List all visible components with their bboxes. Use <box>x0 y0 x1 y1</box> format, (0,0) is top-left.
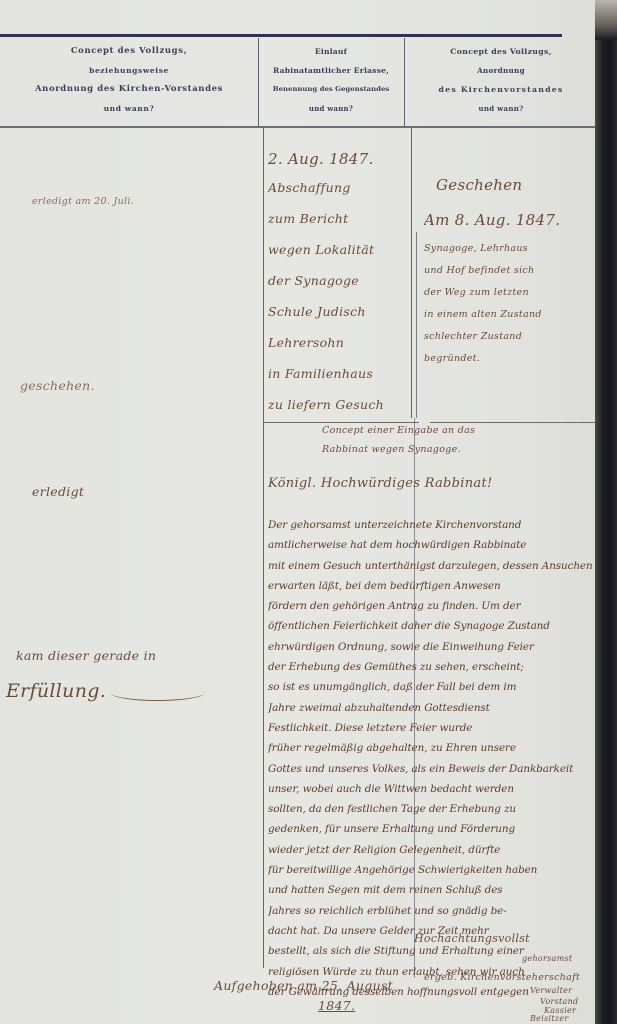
entry1-line: zu liefern Gesuch <box>268 389 412 420</box>
letter-line: unser, wobei auch die Wittwen bedacht we… <box>268 779 608 799</box>
entry1-line: Schule Judisch <box>268 296 412 327</box>
entry1-line: wegen Lokalität <box>268 234 412 265</box>
letter-line: Festlichkeit. Diese letztere Feier wurde <box>268 718 608 738</box>
ledger-page: Concept des Vollzugs, beziehungsweise An… <box>0 0 600 1024</box>
entry1-response-heading: Geschehen <box>424 168 600 202</box>
signature-line: Beisitzer <box>530 1014 569 1023</box>
letter-line: ehrwürdigen Ordnung, sowie die Einweihun… <box>268 637 608 657</box>
entry1-response-date: Am 8. Aug. 1847. <box>424 202 600 238</box>
column-divider-mid-offset <box>416 232 417 418</box>
letter-line: für bereitwillige Angehörige Schwierigke… <box>268 860 608 880</box>
left-note-5: Erfüllung. <box>6 680 106 702</box>
entry-divider-left <box>263 422 419 423</box>
entry1-date: 2. Aug. 1847. <box>268 146 412 172</box>
letter-line: und hatten Segen mit dem reinen Schluß d… <box>268 880 608 900</box>
letter-line: gedenken, für unsere Erhaltung und Förde… <box>268 819 608 839</box>
entry1-response-line: begründet. <box>424 348 600 370</box>
letter-line: Jahres so reichlich erblühet und so gnäd… <box>268 901 608 921</box>
header-col3-line: des Kirchenvorstandes <box>404 80 598 99</box>
header-col2-line: und wann? <box>258 99 404 118</box>
entry-divider-right <box>430 422 600 423</box>
letter-line: der Erhebung des Gemüthes zu sehen, ersc… <box>268 657 608 677</box>
entry1-line: in Familienhaus <box>268 358 412 389</box>
letter-line: öffentlichen Feierlichkeit daher die Syn… <box>268 616 608 636</box>
header-col2: Einlauf Rabinatamtlicher Erlasse, Benenn… <box>258 42 404 118</box>
left-note-1: erledigt am 20. Juli. <box>32 196 134 207</box>
entry2-intro-line1: Concept einer Eingabe an das <box>322 425 475 436</box>
letter-line: früher regelmäßig abgehalten, zu Ehren u… <box>268 738 608 758</box>
header-col3-line: Anordnung <box>404 61 598 80</box>
entry1-response-line: der Weg zum letzten <box>424 282 600 304</box>
letter-line: fördern den gehörigen Antrag zu finden. … <box>268 596 608 616</box>
letter-line: Gottes und unseres Volkes, als ein Bewei… <box>268 759 608 779</box>
entry1-response-line: Synagoge, Lehrhaus <box>424 238 600 260</box>
entry1-line: Lehrersohn <box>268 327 412 358</box>
signature-line: ergeb. Kirchenvorsteherschaft <box>424 972 580 983</box>
entry1-line: Abschaffung <box>268 172 412 203</box>
letter-line: Jahre zweimal abzuhaltenden Gottesdienst <box>268 698 608 718</box>
entry1-response-line: in einem alten Zustand <box>424 304 600 326</box>
entry2-intro-line2: Rabbinat wegen Synagoge. <box>322 444 461 455</box>
header-col1: Concept des Vollzugs, beziehungsweise An… <box>0 42 258 118</box>
left-note-2: geschehen. <box>20 378 95 393</box>
entry1-response: Geschehen Am 8. Aug. 1847. Synagoge, Leh… <box>424 168 600 370</box>
book-binding-edge <box>595 0 617 1024</box>
entry1-response-line: schlechter Zustand <box>424 326 600 348</box>
book-binding-top <box>595 0 617 40</box>
signature-line: Verwalter <box>530 986 572 995</box>
letter-line: Der gehorsamst unterzeichnete Kirchenvor… <box>268 515 608 535</box>
left-note-4: kam dieser gerade in <box>16 648 156 663</box>
entry2-salutation: Königl. Hochwürdiges Rabbinat! <box>268 476 493 491</box>
header-col1-line: Concept des Vollzugs, <box>0 42 258 61</box>
letter-line: amtlicherweise hat dem hochwürdigen Rabb… <box>268 535 608 555</box>
header-col1-line: Anordnung des Kirchen-Vorstandes <box>0 80 258 99</box>
entry1-response-line: und Hof befindet sich <box>424 260 600 282</box>
header-col2-line: Benennung des Gegenstandes <box>258 80 404 99</box>
letter-line: sollten, da den festlichen Tage der Erhe… <box>268 799 608 819</box>
header-col1-line: und wann? <box>0 99 258 118</box>
letter-line: erwarten läßt, bei dem bedürftigen Anwes… <box>268 576 608 596</box>
top-double-rule <box>0 34 562 37</box>
flourish <box>110 684 205 701</box>
entry2-letter-body: Der gehorsamst unterzeichnete Kirchenvor… <box>268 515 608 1002</box>
entry1-line: zum Bericht <box>268 203 412 234</box>
header-col3-line: und wann? <box>404 99 598 118</box>
entry1-line: der Synagoge <box>268 265 412 296</box>
signature-line: gehorsamst <box>522 954 572 963</box>
letter-line: so ist es unumgänglich, daß der Fall bei… <box>268 677 608 697</box>
header-col2-line: Einlauf <box>258 42 404 61</box>
header-bottom-rule <box>0 126 600 128</box>
left-note-3: erledigt <box>32 484 84 499</box>
header-col3-line: Concept des Vollzugs, <box>404 42 598 61</box>
header-col1-line: beziehungsweise <box>0 61 258 80</box>
signature-line: Vorstand <box>540 997 578 1006</box>
header-col3: Concept des Vollzugs, Anordnung des Kirc… <box>404 42 598 118</box>
letter-line: mit einem Gesuch unterthänigst darzulege… <box>268 556 608 576</box>
column-divider-left <box>263 128 264 968</box>
letter-line: wieder jetzt der Religion Gelegenheit, d… <box>268 840 608 860</box>
entry1-incoming: 2. Aug. 1847. Abschaffung zum Bericht we… <box>268 146 412 420</box>
header-col2-line: Rabinatamtlicher Erlasse, <box>258 61 404 80</box>
entry2-closing: Hochachtungsvollst <box>414 932 530 945</box>
